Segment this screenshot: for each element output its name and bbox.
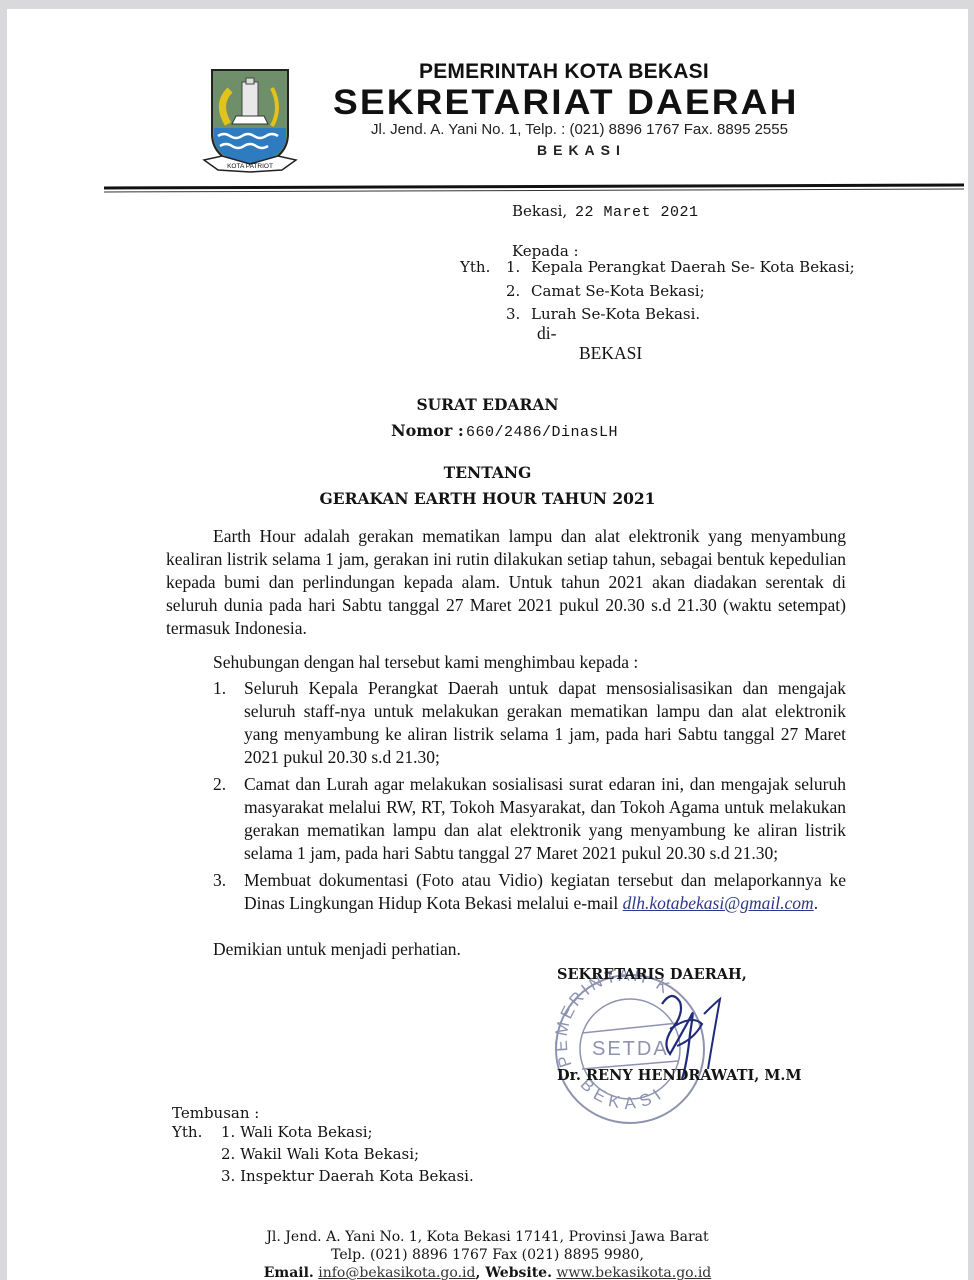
cc-item: 1. Wali Kota Bekasi;	[221, 1123, 373, 1141]
footer-address: Jl. Jend. A. Yani No. 1, Kota Bekasi 171…	[7, 1229, 968, 1245]
date-city: Bekasi,	[512, 202, 567, 220]
letterhead-city: BEKASI	[537, 142, 626, 158]
recipient-item: Camat Se-Kota Bekasi;	[531, 282, 705, 300]
letter-subject: GERAKAN EARTH HOUR TAHUN 2021	[7, 489, 968, 508]
instruction-item: 1. Seluruh Kepala Perangkat Daerah untuk…	[213, 677, 846, 769]
recipient-number: 2.	[506, 282, 520, 300]
body-intro: Sehubungan dengan hal tersebut kami meng…	[213, 652, 638, 673]
letter-number-label: Nomor :	[391, 421, 464, 440]
footer-email-label: Email.	[264, 1265, 314, 1280]
cc-label: Tembusan :	[172, 1104, 259, 1122]
recipient-number: 3.	[506, 305, 520, 323]
email-link[interactable]: dlh.kotabekasi@gmail.com	[623, 893, 814, 913]
svg-text:KOTA PATRIOT: KOTA PATRIOT	[227, 163, 273, 170]
letter-type: SURAT EDARAN	[7, 395, 968, 414]
recipient-number: 1.	[506, 258, 520, 276]
letterhead-address: Jl. Jend. A. Yani No. 1, Telp. : (021) 8…	[371, 121, 788, 138]
recipient-place: BEKASI	[579, 343, 642, 364]
signatory-title: SEKRETARIS DAERAH,	[557, 966, 747, 983]
recipient-item: Kepala Perangkat Daerah Se- Kota Bekasi;	[531, 258, 855, 276]
footer-phone: Telp. (021) 8896 1767 Fax (021) 8895 998…	[7, 1247, 968, 1263]
instruction-item: 2. Camat dan Lurah agar melakukan sosial…	[213, 773, 846, 865]
cc-item: 3. Inspektur Daerah Kota Bekasi.	[221, 1167, 474, 1185]
footer-contact: Email. info@bekasikota.go.id, Website. w…	[7, 1265, 968, 1280]
recipient-di: di-	[537, 323, 556, 344]
letter-date: 22 Maret 2021	[575, 204, 699, 221]
instruction-text: Seluruh Kepala Perangkat Daerah untuk da…	[244, 678, 846, 767]
signatory-name: Dr. RENY HENDRAWATI, M.M	[557, 1067, 802, 1084]
recipient-yth: Yth.	[460, 258, 490, 276]
letterhead-divider-thin	[104, 188, 964, 192]
cc-item: 2. Wakil Wali Kota Bekasi;	[221, 1145, 419, 1163]
instruction-text: Camat dan Lurah agar melakukan sosialisa…	[244, 774, 846, 863]
closing-sentence: Demikian untuk menjadi perhatian.	[213, 939, 461, 960]
instruction-number: 2.	[213, 773, 226, 796]
body-paragraph: Earth Hour adalah gerakan mematikan lamp…	[166, 525, 846, 640]
subject-label: TENTANG	[7, 463, 968, 482]
office-name: SEKRETARIAT DAERAH	[333, 83, 799, 123]
footer-website-link[interactable]: www.bekasikota.go.id	[556, 1265, 711, 1280]
instruction-suffix: .	[814, 893, 818, 913]
footer-email-link[interactable]: info@bekasikota.go.id	[318, 1265, 475, 1280]
cc-yth: Yth.	[172, 1123, 202, 1141]
kota-bekasi-coat-of-arms-icon: KOTA PATRIOT	[202, 64, 298, 176]
instruction-list: 1. Seluruh Kepala Perangkat Daerah untuk…	[213, 677, 846, 915]
government-name: PEMERINTAH KOTA BEKASI	[419, 60, 709, 84]
recipient-item: Lurah Se-Kota Bekasi.	[531, 305, 700, 323]
letter-page: KOTA PATRIOT PEMERINTAH KOTA BEKASI SEKR…	[7, 9, 968, 1280]
instruction-number: 1.	[213, 677, 226, 700]
instruction-item: 3. Membuat dokumentasi (Foto atau Vidio)…	[213, 869, 846, 915]
instruction-number: 3.	[213, 869, 226, 892]
letter-number: 660/2486/DinasLH	[466, 424, 618, 441]
footer-website-label: , Website.	[475, 1265, 551, 1280]
